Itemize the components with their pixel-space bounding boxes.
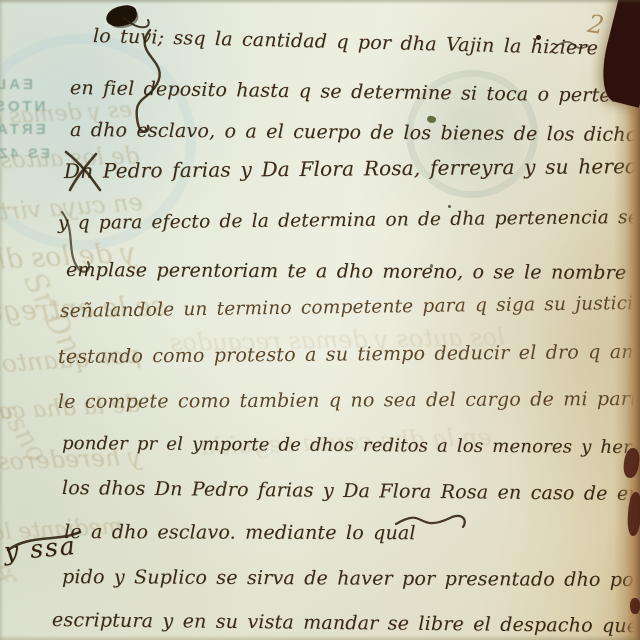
- stamp-bleed-row: EAL: [0, 76, 33, 93]
- ink-speck: [430, 264, 433, 268]
- manuscript-scan-page: EAL NTOS ERTA ES 4Z es y demas aut de lo…: [0, 0, 640, 640]
- manuscript-line: testando como protesto a su tiempo deduc…: [58, 340, 640, 368]
- page-edge-bottom: [0, 635, 640, 640]
- page-edge-left: [0, 0, 4, 640]
- page-number: 2: [586, 9, 606, 40]
- manuscript-line: los dhos Dn Pedro farias y Da Flora Rosa…: [62, 477, 640, 506]
- ink-blot: [105, 4, 139, 29]
- manuscript-line: pido y Suplico se sirva de haver por pre…: [62, 566, 640, 591]
- page-edge-top: [0, 0, 640, 4]
- manuscript-line: le a dho esclavo. mediante lo qual: [64, 521, 416, 544]
- ink-speck: [448, 205, 451, 208]
- manuscript-line: Dn Pedro farias y Da Flora Rosa, ferreyr…: [64, 154, 640, 183]
- manuscript-line: emplase perentoriam te a dho moreno, o s…: [66, 259, 640, 284]
- ink-speck: [536, 35, 541, 40]
- edge-stain: [630, 598, 640, 614]
- margin-note: y ssa: [3, 531, 78, 566]
- manuscript-line: escriptura y en su vista mandar se libre…: [52, 609, 640, 637]
- manuscript-line: lo tuvi; ssq la cantidad q por dha Vajin…: [93, 25, 640, 62]
- manuscript-line: ponder pr el ymporte de dhos reditos a l…: [62, 433, 640, 459]
- manuscript-line: le compete como tambien q no sea del car…: [58, 388, 640, 413]
